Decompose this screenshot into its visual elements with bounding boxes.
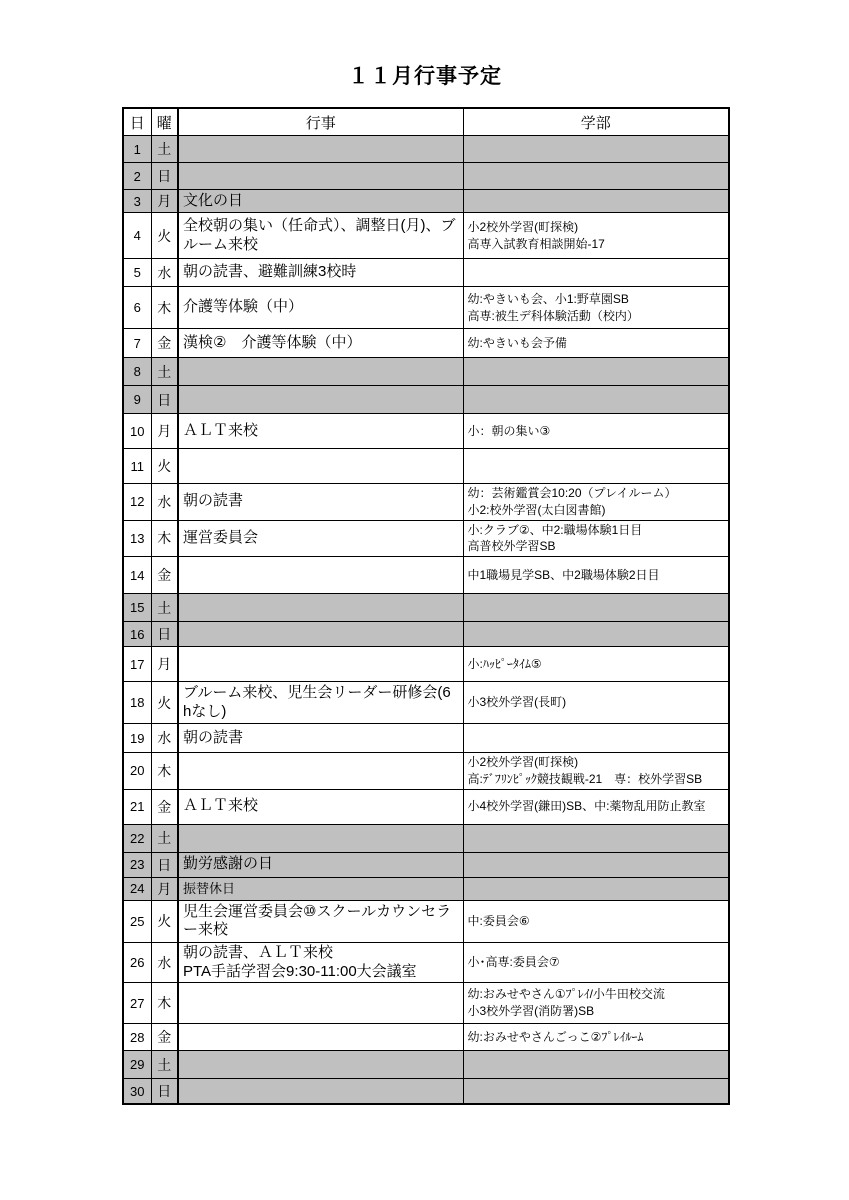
event-cell [178, 1024, 463, 1051]
day-cell: 1 [123, 136, 151, 163]
weekday-cell: 木 [151, 287, 178, 329]
table-row: 15 土 [123, 594, 729, 622]
dept-cell: 小2校外学習(町探検) 高専入試教育相談開始-17 [463, 213, 729, 259]
table-row: 7 金 漢検② 介護等体験（中） 幼:やきいも会予備 [123, 329, 729, 358]
weekday-cell: 金 [151, 789, 178, 824]
header-dept: 学部 [463, 108, 729, 136]
day-cell: 7 [123, 329, 151, 358]
day-cell: 26 [123, 942, 151, 983]
day-cell: 18 [123, 682, 151, 724]
day-cell: 11 [123, 449, 151, 484]
event-cell [178, 824, 463, 852]
table-row: 20 木 小2校外学習(町探検) 高:ﾃﾞﾌﾘﾝﾋﾟｯｸ競技観戦-21 専：校外… [123, 753, 729, 790]
dept-cell [463, 136, 729, 163]
event-cell [178, 753, 463, 790]
day-cell: 12 [123, 484, 151, 521]
schedule-body: 1 土 2 日 3 月 文化の日 4 火 全校朝の集い（任命式）、調整日(月)、… [123, 136, 729, 1104]
event-cell [178, 1079, 463, 1104]
dept-cell [463, 852, 729, 877]
header-row: 日 曜 行事 学部 [123, 108, 729, 136]
weekday-cell: 金 [151, 557, 178, 594]
table-row: 23 日 勤労感謝の日 [123, 852, 729, 877]
dept-cell: 幼:やきいも会予備 [463, 329, 729, 358]
table-row: 12 水 朝の読書 幼：芸術鑑賞会10:20（プレイルーム） 小2:校外学習(太… [123, 484, 729, 521]
table-row: 22 土 [123, 824, 729, 852]
weekday-cell: 月 [151, 877, 178, 900]
weekday-cell: 火 [151, 213, 178, 259]
table-row: 24 月 振替休日 [123, 877, 729, 900]
table-row: 28 金 幼:おみせやさんごっこ②ﾌﾟﾚｲﾙｰﾑ [123, 1024, 729, 1051]
day-cell: 27 [123, 983, 151, 1024]
dept-cell [463, 824, 729, 852]
day-cell: 3 [123, 190, 151, 213]
dept-cell [463, 163, 729, 190]
day-cell: 21 [123, 789, 151, 824]
day-cell: 29 [123, 1051, 151, 1079]
page-title: １１月行事予定 [122, 64, 728, 90]
schedule-header: 日 曜 行事 学部 [123, 108, 729, 136]
weekday-cell: 土 [151, 594, 178, 622]
table-row: 2 日 [123, 163, 729, 190]
weekday-cell: 日 [151, 163, 178, 190]
table-row: 30 日 [123, 1079, 729, 1104]
event-cell [178, 136, 463, 163]
dept-cell [463, 877, 729, 900]
dept-cell [463, 386, 729, 414]
day-cell: 14 [123, 557, 151, 594]
dept-cell: 小:ﾊｯﾋﾟｰﾀｲﾑ⑤ [463, 647, 729, 682]
table-row: 29 土 [123, 1051, 729, 1079]
table-row: 13 木 運営委員会 小:クラブ②、中2:職場体験1日目 高普校外学習SB [123, 520, 729, 557]
day-cell: 25 [123, 900, 151, 942]
event-cell: 朝の読書、ＡＬＴ来校 PTA手話学習会9:30-11:00大会議室 [178, 942, 463, 983]
event-cell [178, 449, 463, 484]
event-cell: 振替休日 [178, 877, 463, 900]
dept-cell: 小･高専:委員会⑦ [463, 942, 729, 983]
weekday-cell: 金 [151, 329, 178, 358]
weekday-cell: 日 [151, 852, 178, 877]
dept-cell: 小2校外学習(町探検) 高:ﾃﾞﾌﾘﾝﾋﾟｯｸ競技観戦-21 専：校外学習SB [463, 753, 729, 790]
table-row: 26 水 朝の読書、ＡＬＴ来校 PTA手話学習会9:30-11:00大会議室 小… [123, 942, 729, 983]
dept-cell: 小4校外学習(鎌田)SB、中:薬物乱用防止教室 [463, 789, 729, 824]
day-cell: 10 [123, 414, 151, 449]
event-cell [178, 557, 463, 594]
day-cell: 5 [123, 259, 151, 287]
weekday-cell: 水 [151, 259, 178, 287]
event-cell: ＡＬＴ来校 [178, 789, 463, 824]
day-cell: 9 [123, 386, 151, 414]
event-cell [178, 163, 463, 190]
event-cell [178, 1051, 463, 1079]
table-row: 6 木 介護等体験（中） 幼:やきいも会、小1:野草園SB 高専:被生デ科体験活… [123, 287, 729, 329]
weekday-cell: 土 [151, 824, 178, 852]
day-cell: 8 [123, 358, 151, 386]
event-cell: 朝の読書 [178, 484, 463, 521]
dept-cell [463, 190, 729, 213]
header-day: 日 [123, 108, 151, 136]
day-cell: 15 [123, 594, 151, 622]
header-weekday: 曜 [151, 108, 178, 136]
day-cell: 20 [123, 753, 151, 790]
table-row: 19 水 朝の読書 [123, 724, 729, 753]
weekday-cell: 火 [151, 682, 178, 724]
weekday-cell: 金 [151, 1024, 178, 1051]
event-cell: 文化の日 [178, 190, 463, 213]
day-cell: 2 [123, 163, 151, 190]
event-cell: 運営委員会 [178, 520, 463, 557]
header-event: 行事 [178, 108, 463, 136]
table-row: 4 火 全校朝の集い（任命式）、調整日(月)、ブルーム来校 小2校外学習(町探検… [123, 213, 729, 259]
dept-cell: 幼:おみせやさん①ﾌﾟﾚｲ/小牛田校交流 小3校外学習(消防署)SB [463, 983, 729, 1024]
day-cell: 30 [123, 1079, 151, 1104]
weekday-cell: 水 [151, 724, 178, 753]
schedule-table: 日 曜 行事 学部 1 土 2 日 3 月 文化の日 4 火 全校朝の集い（任命… [122, 107, 730, 1105]
event-cell [178, 622, 463, 647]
weekday-cell: 土 [151, 136, 178, 163]
day-cell: 22 [123, 824, 151, 852]
weekday-cell: 日 [151, 622, 178, 647]
day-cell: 24 [123, 877, 151, 900]
day-cell: 19 [123, 724, 151, 753]
event-cell: 全校朝の集い（任命式）、調整日(月)、ブルーム来校 [178, 213, 463, 259]
dept-cell [463, 449, 729, 484]
dept-cell: 小：朝の集い③ [463, 414, 729, 449]
table-row: 18 火 ブルーム来校、児生会リーダー研修会(6hなし) 小3校外学習(長町) [123, 682, 729, 724]
dept-cell: 中:委員会⑥ [463, 900, 729, 942]
table-row: 17 月 小:ﾊｯﾋﾟｰﾀｲﾑ⑤ [123, 647, 729, 682]
weekday-cell: 火 [151, 900, 178, 942]
dept-cell [463, 1079, 729, 1104]
day-cell: 13 [123, 520, 151, 557]
dept-cell: 小:クラブ②、中2:職場体験1日目 高普校外学習SB [463, 520, 729, 557]
table-row: 1 土 [123, 136, 729, 163]
weekday-cell: 木 [151, 983, 178, 1024]
event-cell [178, 386, 463, 414]
dept-cell: 小3校外学習(長町) [463, 682, 729, 724]
table-row: 16 日 [123, 622, 729, 647]
dept-cell: 幼:やきいも会、小1:野草園SB 高専:被生デ科体験活動（校内） [463, 287, 729, 329]
day-cell: 28 [123, 1024, 151, 1051]
dept-cell: 幼:おみせやさんごっこ②ﾌﾟﾚｲﾙｰﾑ [463, 1024, 729, 1051]
table-row: 25 火 児生会運営委員会⑩スクールカウンセラー来校 中:委員会⑥ [123, 900, 729, 942]
dept-cell: 幼：芸術鑑賞会10:20（プレイルーム） 小2:校外学習(太白図書館) [463, 484, 729, 521]
day-cell: 16 [123, 622, 151, 647]
dept-cell [463, 259, 729, 287]
weekday-cell: 木 [151, 753, 178, 790]
dept-cell [463, 724, 729, 753]
weekday-cell: 月 [151, 647, 178, 682]
weekday-cell: 水 [151, 942, 178, 983]
day-cell: 6 [123, 287, 151, 329]
event-cell: ＡＬＴ来校 [178, 414, 463, 449]
weekday-cell: 土 [151, 358, 178, 386]
weekday-cell: 月 [151, 414, 178, 449]
event-cell: 児生会運営委員会⑩スクールカウンセラー来校 [178, 900, 463, 942]
day-cell: 23 [123, 852, 151, 877]
weekday-cell: 水 [151, 484, 178, 521]
dept-cell [463, 1051, 729, 1079]
dept-cell: 中1職場見学SB、中2職場体験2日目 [463, 557, 729, 594]
table-row: 8 土 [123, 358, 729, 386]
dept-cell [463, 594, 729, 622]
event-cell: 朝の読書、避難訓練3校時 [178, 259, 463, 287]
table-row: 27 木 幼:おみせやさん①ﾌﾟﾚｲ/小牛田校交流 小3校外学習(消防署)SB [123, 983, 729, 1024]
event-cell [178, 358, 463, 386]
weekday-cell: 日 [151, 386, 178, 414]
weekday-cell: 月 [151, 190, 178, 213]
event-cell: 朝の読書 [178, 724, 463, 753]
dept-cell [463, 358, 729, 386]
event-cell: 漢検② 介護等体験（中） [178, 329, 463, 358]
table-row: 14 金 中1職場見学SB、中2職場体験2日目 [123, 557, 729, 594]
table-row: 5 水 朝の読書、避難訓練3校時 [123, 259, 729, 287]
table-row: 11 火 [123, 449, 729, 484]
weekday-cell: 木 [151, 520, 178, 557]
table-row: 9 日 [123, 386, 729, 414]
table-row: 3 月 文化の日 [123, 190, 729, 213]
dept-cell [463, 622, 729, 647]
event-cell [178, 594, 463, 622]
event-cell [178, 647, 463, 682]
document-page: １１月行事予定 日 曜 行事 学部 1 土 2 日 3 月 文化の日 [0, 0, 849, 1105]
event-cell: 勤労感謝の日 [178, 852, 463, 877]
weekday-cell: 土 [151, 1051, 178, 1079]
weekday-cell: 火 [151, 449, 178, 484]
table-row: 21 金 ＡＬＴ来校 小4校外学習(鎌田)SB、中:薬物乱用防止教室 [123, 789, 729, 824]
day-cell: 4 [123, 213, 151, 259]
event-cell [178, 983, 463, 1024]
event-cell: 介護等体験（中） [178, 287, 463, 329]
event-cell: ブルーム来校、児生会リーダー研修会(6hなし) [178, 682, 463, 724]
day-cell: 17 [123, 647, 151, 682]
weekday-cell: 日 [151, 1079, 178, 1104]
table-row: 10 月 ＡＬＴ来校 小：朝の集い③ [123, 414, 729, 449]
